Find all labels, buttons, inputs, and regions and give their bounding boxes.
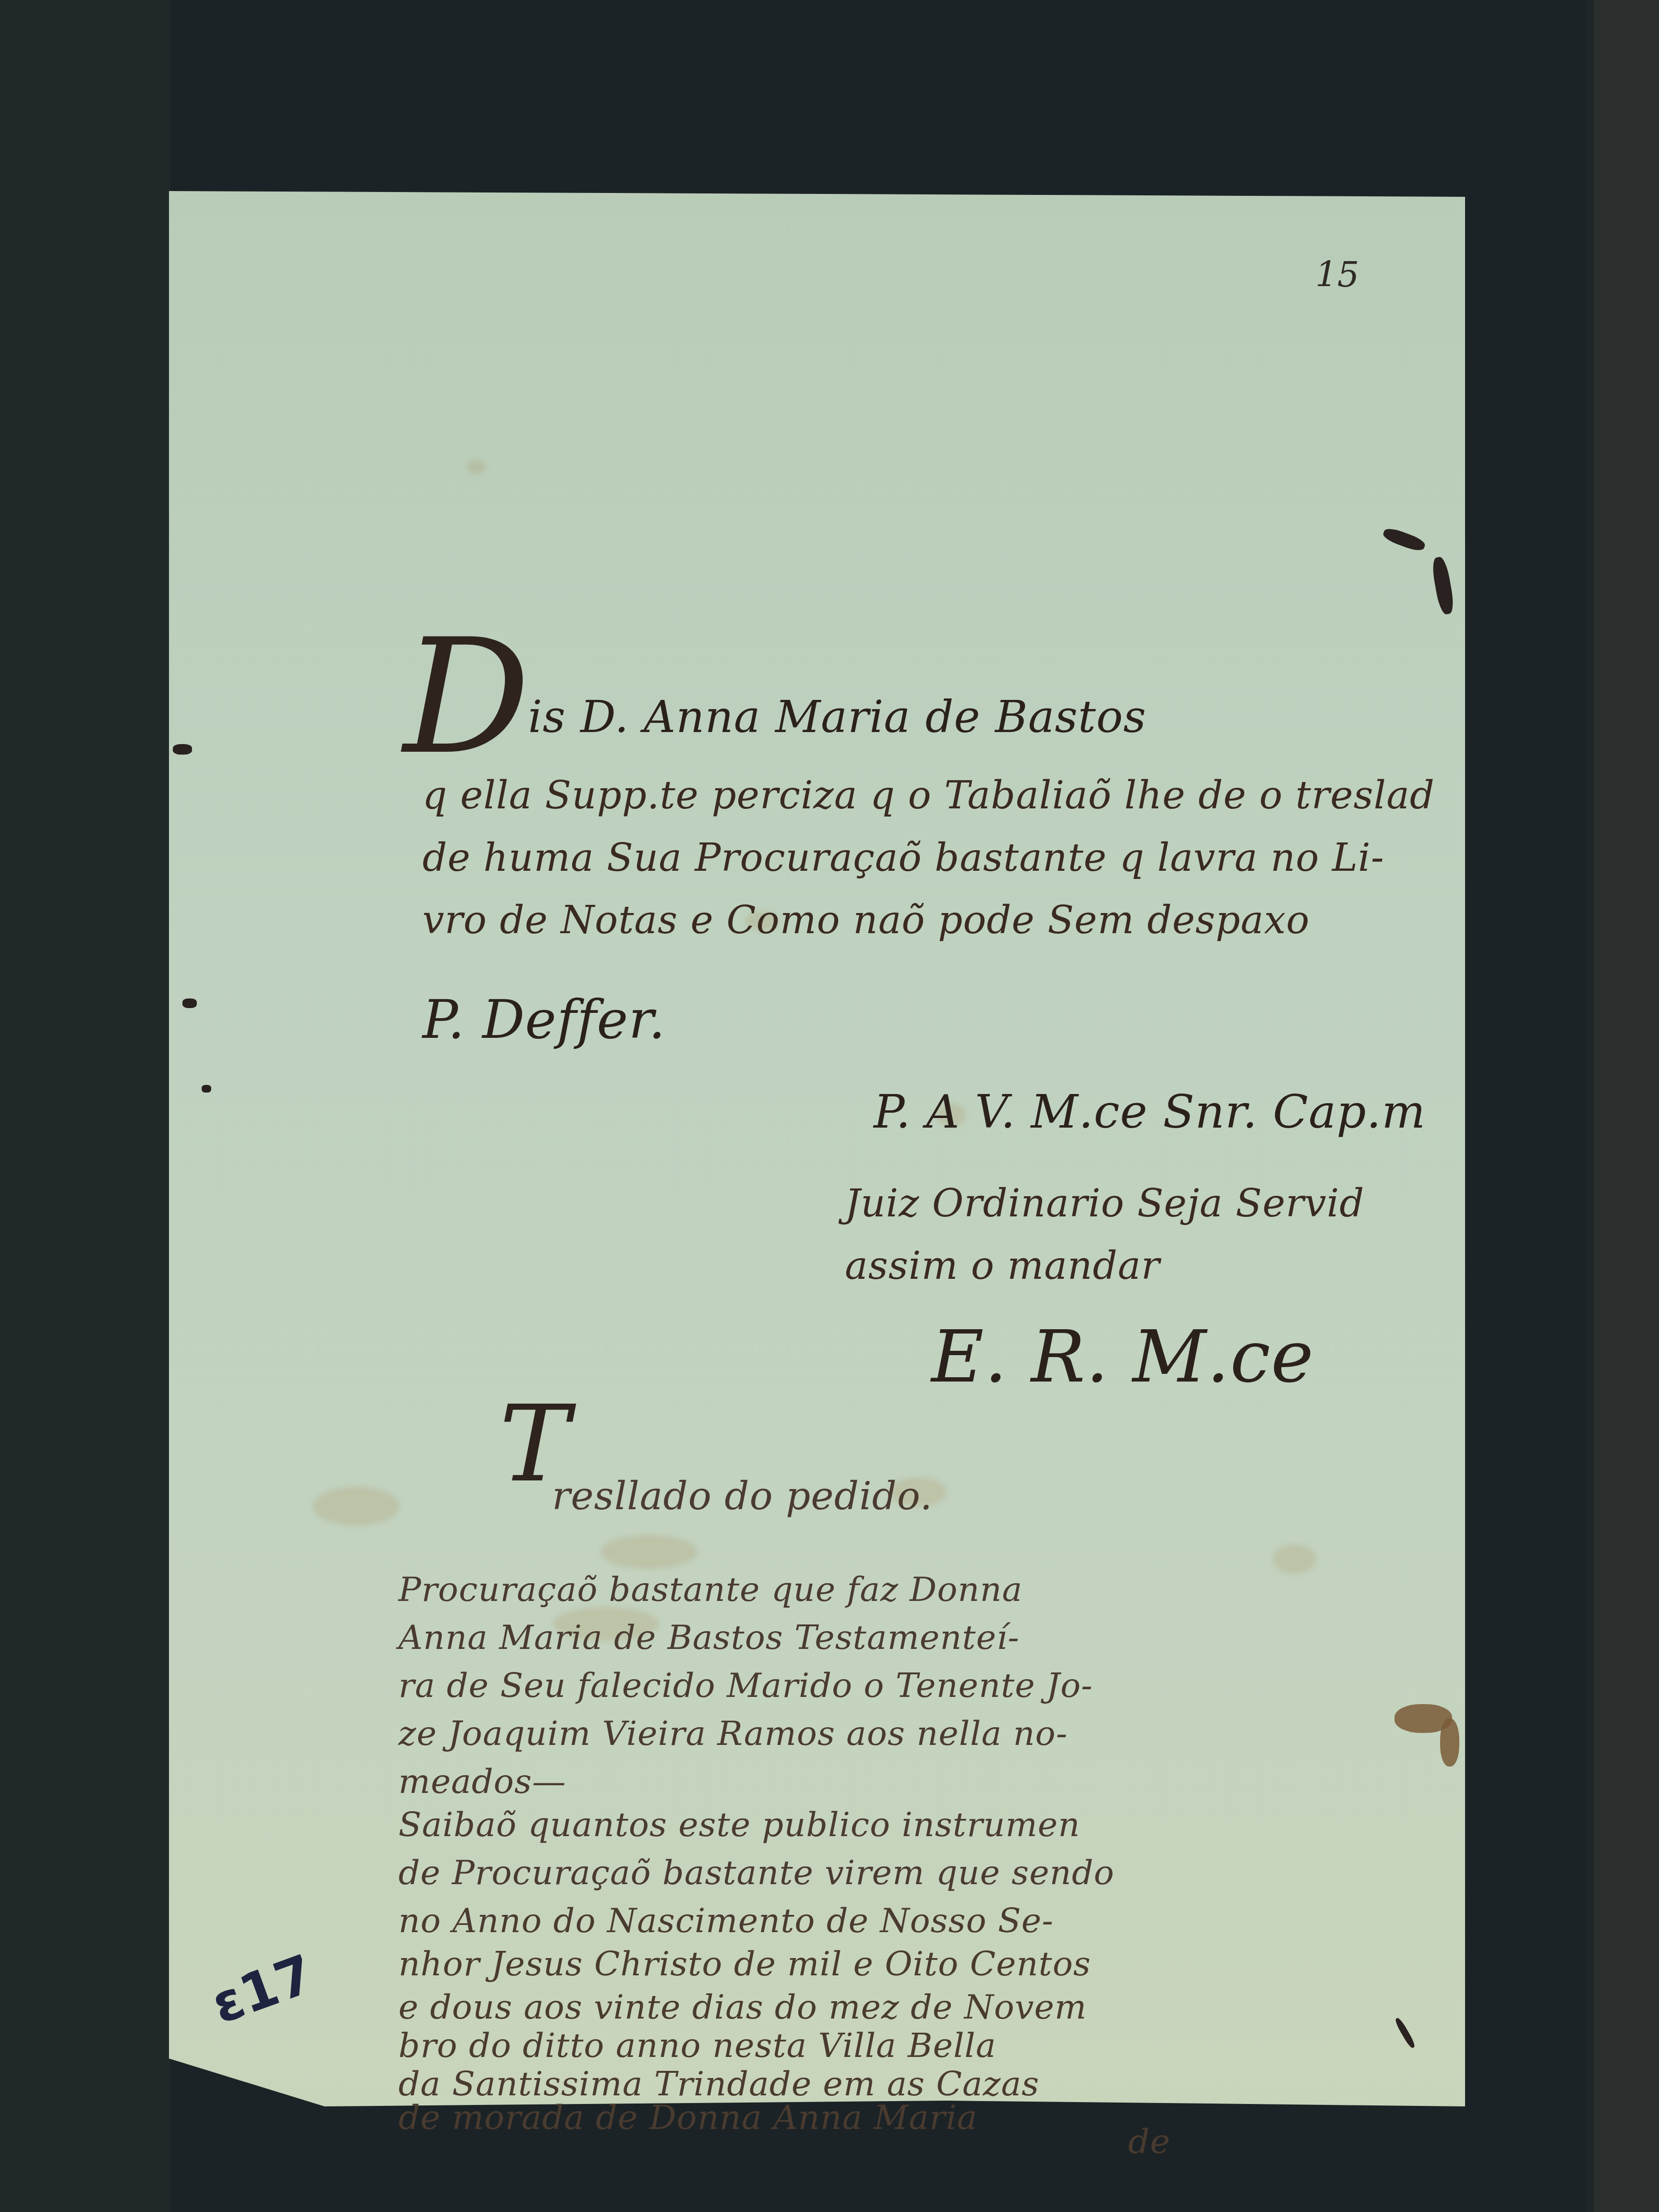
procuration-line-4: ze Joaquim Vieira Ramos aos nella no- <box>398 1714 1068 1753</box>
body-line-3: no Anno do Nascimento de Nosso Se- <box>398 1901 1054 1940</box>
dark-background-right <box>1594 0 1659 2212</box>
closing-line-1: Juiz Ordinario Seja Servid <box>845 1181 1364 1226</box>
stain <box>313 1487 399 1526</box>
petition-line-4: vro de Notas e Como naõ pode Sem despaxo <box>422 898 1310 942</box>
procuration-line-1: Procuraçaõ bastante que faz Donna <box>398 1570 1022 1609</box>
catchword: de <box>1128 2122 1170 2161</box>
stain <box>1273 1545 1316 1574</box>
closing-abbreviation: P. A V. M.ce Snr. Cap.m <box>874 1085 1426 1139</box>
body-line-6: bro do ditto anno nesta Villa Bella <box>398 2026 996 2065</box>
signature-initials: E. R. M.ce <box>931 1315 1314 1399</box>
ink-blot <box>173 744 192 755</box>
deferment-flourish: P. Deffer. <box>422 989 666 1050</box>
petition-line-1: is D. Anna Maria de Bastos <box>528 691 1146 743</box>
body-line-8: de morada de Donna Anna Maria <box>398 2098 978 2137</box>
procuration-line-5: meados— <box>398 1762 566 1801</box>
stain <box>601 1535 697 1569</box>
body-line-1: Saibaõ quantos este publico instrumen <box>398 1805 1080 1844</box>
transcript-heading: resllado do pedido. <box>552 1474 933 1518</box>
petition-line-2: q ella Supp.te perciza q o Tabaliaõ lhe … <box>422 773 1435 817</box>
ornate-initial-d: D <box>403 605 530 789</box>
closing-line-2: assim o mandar <box>845 1243 1160 1288</box>
stain <box>467 460 486 474</box>
procuration-line-3: ra de Seu falecido Marido o Tenente Jo- <box>398 1666 1093 1705</box>
ink-blot <box>182 998 197 1008</box>
body-line-5: e dous aos vinte dias do mez de Novem <box>398 1987 1087 2027</box>
petition-line-3: de huma Sua Procuraçaõ bastante q lavra … <box>422 835 1384 880</box>
folio-number: 15 <box>1315 254 1359 295</box>
dark-background-left <box>0 0 170 2212</box>
ink-stain <box>1440 1719 1459 1767</box>
body-line-2: de Procuraçaõ bastante virem que sendo <box>398 1853 1115 1892</box>
ink-blot <box>202 1085 211 1093</box>
body-line-4: nhor Jesus Christo de mil e Oito Centos <box>398 1944 1091 1984</box>
procuration-line-2: Anna Maria de Bastos Testamenteí- <box>398 1618 1020 1657</box>
